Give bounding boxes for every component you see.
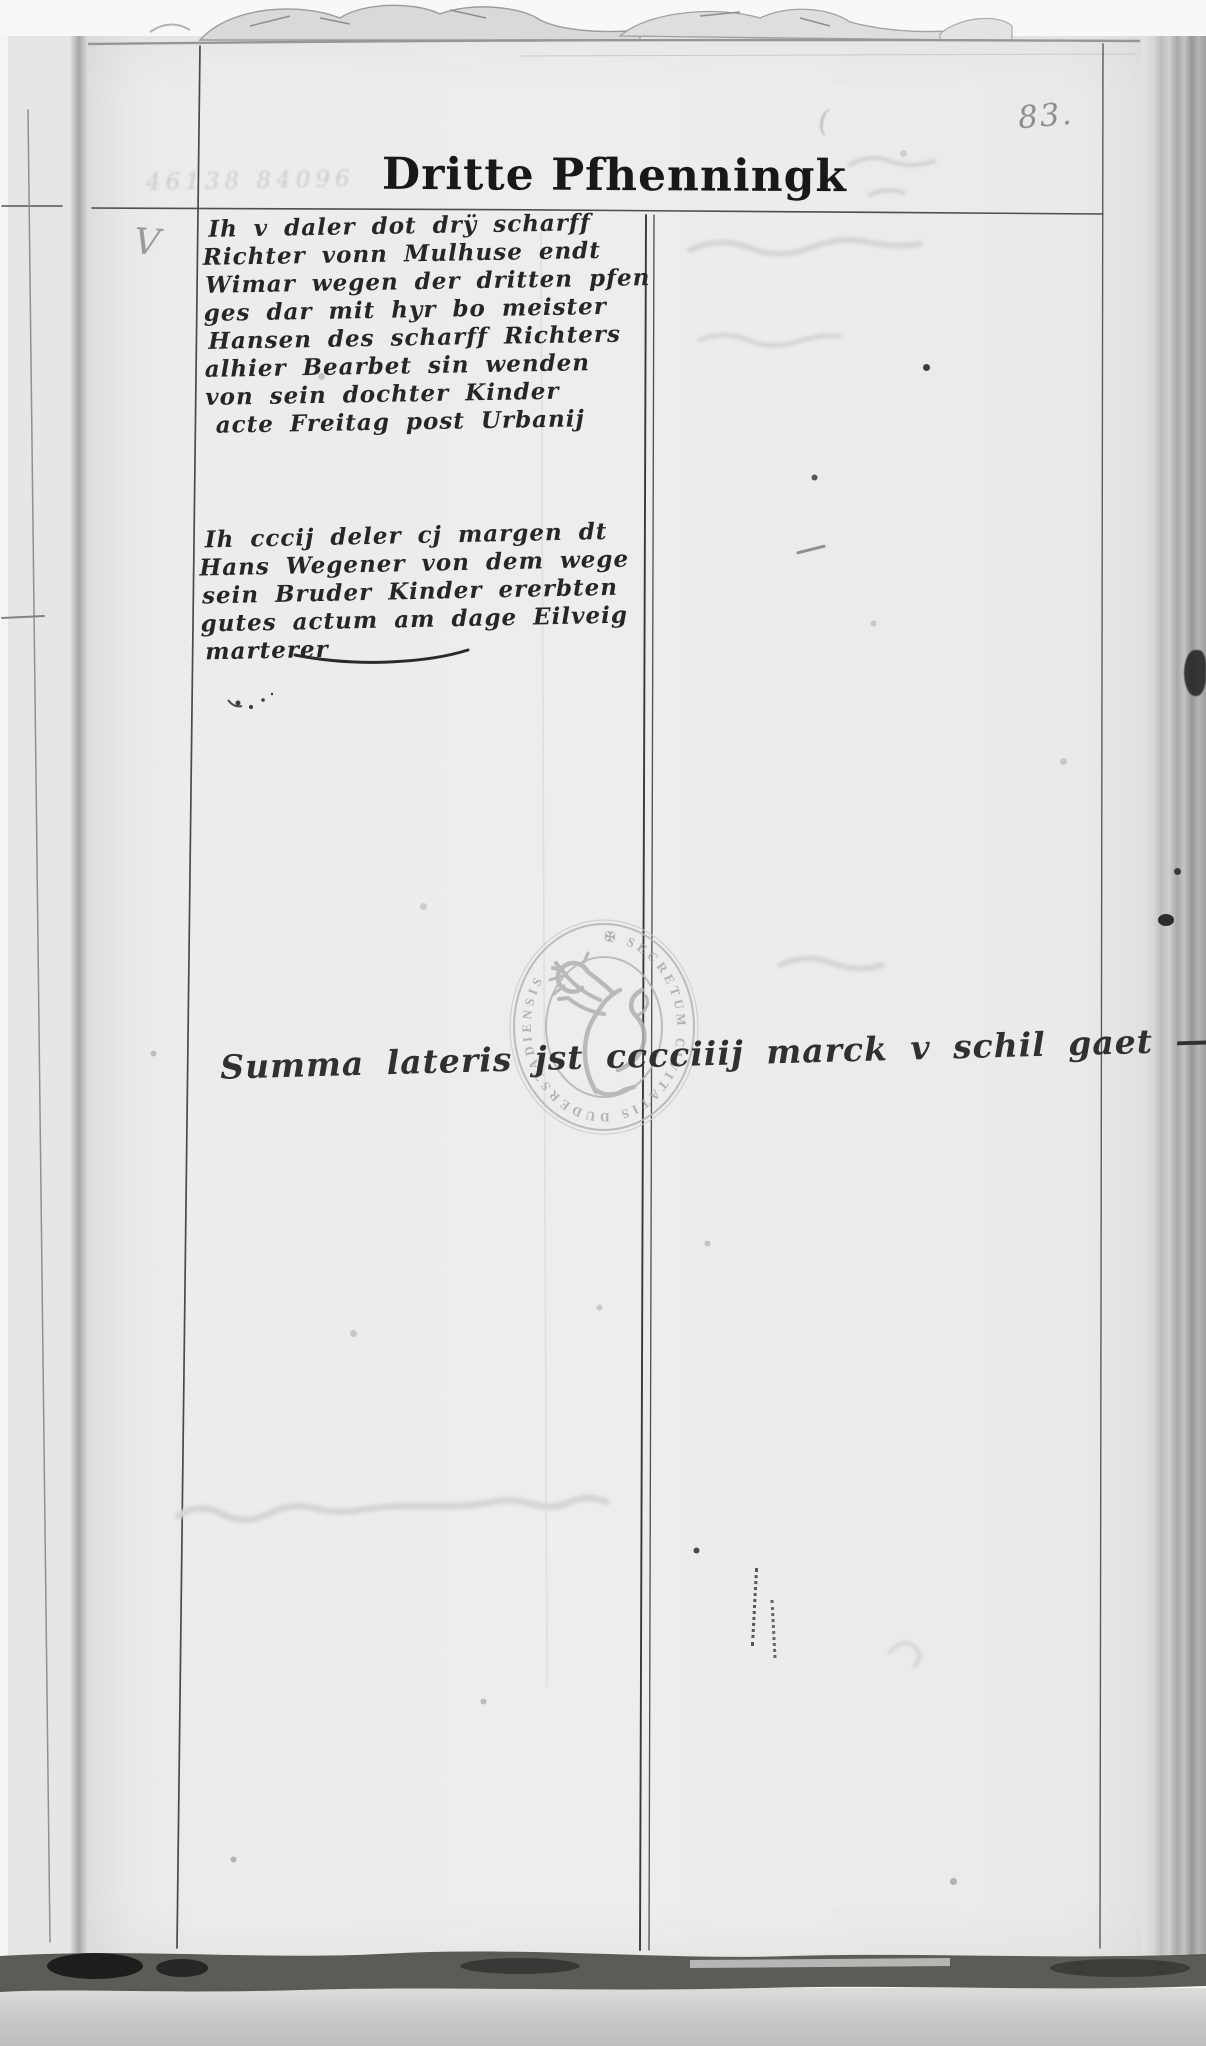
manuscript-scan: ✠ SECRETUM CIVITATIS DUDERSTADIENSIS: [0, 0, 1206, 2046]
ledger-entry-2: Ih cccij deler cj margen dt Hans Wegener…: [199, 518, 632, 667]
ledger-entry-1: Ih v daler dot drÿ scharff Richter vonn …: [202, 208, 653, 440]
tattered-bottom-edge: [0, 1951, 1206, 1992]
city-seal: ✠ SECRETUM CIVITATIS DUDERSTADIENSIS: [510, 920, 698, 1134]
edge-ink-splotch: [1184, 650, 1206, 696]
ghost-bleed-numbers: 46138 84096: [146, 166, 355, 196]
edge-ink-splotch: [1174, 868, 1181, 875]
tattered-top-edge-paper: [150, 5, 1012, 40]
paper-specks: [0, 0, 3, 3]
end-dots: [228, 693, 273, 709]
margin-check-mark: V: [133, 221, 162, 264]
page-top-edge-secondary: [520, 54, 1136, 56]
edge-ink-splotch: [1158, 914, 1174, 926]
folio-number: 83.: [1017, 96, 1075, 137]
page-heading: Dritte Pfhenningk: [382, 149, 847, 202]
